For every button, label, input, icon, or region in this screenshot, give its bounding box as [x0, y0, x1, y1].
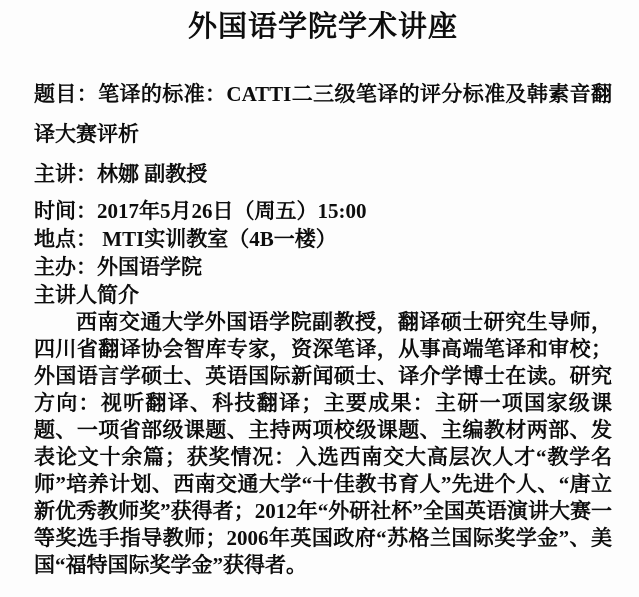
- page-title: 外国语学院学术讲座: [34, 10, 612, 44]
- event-details: 时间：2017年5月26日（周五）15:00 地点： MTI实训教室（4B一楼）…: [34, 197, 612, 281]
- venue-value: MTI实训教室（4B一楼）: [97, 227, 337, 251]
- bio-paragraph: 西南交通大学外国语学院副教授，翻译硕士研究生导师，四川省翻译协会智库专家，资深笔…: [34, 309, 612, 579]
- speaker-value: 林娜 副教授: [97, 162, 207, 186]
- lecture-announcement-document: 外国语学院学术讲座 题目：笔译的标准：CATTI二三级笔译的评分标准及韩素音翻译…: [0, 0, 639, 579]
- organizer-value: 外国语学院: [97, 255, 202, 279]
- organizer-label: 主办：: [34, 255, 97, 279]
- topic-row: 题目：笔译的标准：CATTI二三级笔译的评分标准及韩素音翻译大赛评析: [34, 74, 612, 154]
- venue-row: 地点： MTI实训教室（4B一楼）: [34, 225, 612, 253]
- organizer-row: 主办：外国语学院: [34, 253, 612, 281]
- speaker-label: 主讲：: [34, 162, 97, 186]
- time-label: 时间：: [34, 199, 97, 223]
- venue-label: 地点：: [34, 227, 97, 251]
- speaker-row: 主讲：林娜 副教授: [34, 154, 612, 194]
- time-row: 时间：2017年5月26日（周五）15:00: [34, 197, 612, 225]
- time-value: 2017年5月26日（周五）15:00: [97, 199, 367, 223]
- topic-label: 题目：: [34, 82, 98, 106]
- bio-heading: 主讲人简介: [34, 281, 612, 309]
- topic-value: 笔译的标准：CATTI二三级笔译的评分标准及韩素音翻译大赛评析: [34, 82, 612, 146]
